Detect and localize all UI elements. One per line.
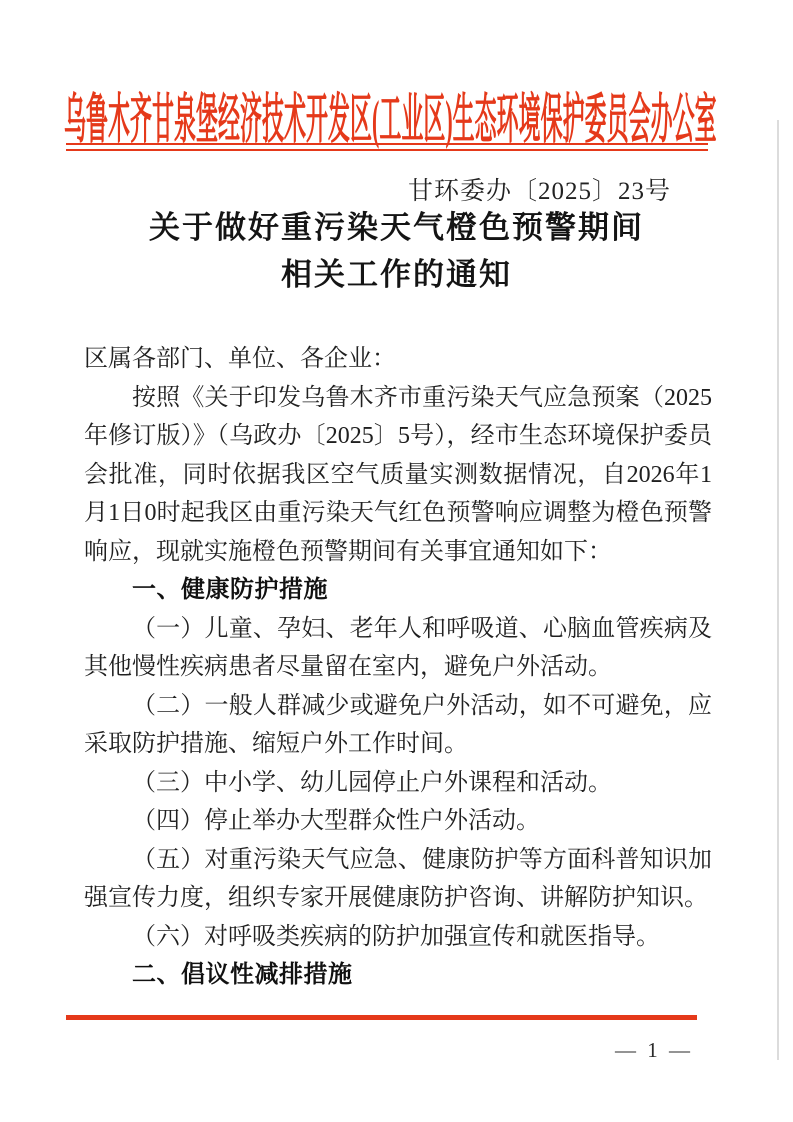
document-body: 区属各部门、单位、各企业： 按照《关于印发乌鲁木齐市重污染天气应急预案（2025… xyxy=(84,340,712,995)
footer-double-rule xyxy=(66,1015,697,1020)
document-title-line1: 关于做好重污染天气橙色预警期间 xyxy=(0,204,793,251)
section1-item-4: （四）停止举办大型群众性户外活动。 xyxy=(84,802,712,841)
section1-item-1: （一）儿童、孕妇、老年人和呼吸道、心脑血管疾病及其他慢性疾病患者尽量留在室内，避… xyxy=(84,610,712,687)
section1-item-3: （三）中小学、幼儿园停止户外课程和活动。 xyxy=(84,764,712,803)
document-title: 关于做好重污染天气橙色预警期间 相关工作的通知 xyxy=(0,204,793,298)
salutation: 区属各部门、单位、各企业： xyxy=(84,340,712,379)
section1-item-5: （五）对重污染天气应急、健康防护等方面科普知识加强宣传力度，组织专家开展健康防护… xyxy=(84,841,712,918)
section-heading-1: 一、健康防护措施 xyxy=(84,571,712,610)
section1-item-6: （六）对呼吸类疾病的防护加强宣传和就医指导。 xyxy=(84,918,712,957)
header-double-rule xyxy=(66,143,708,151)
section-heading-2: 二、倡议性减排措施 xyxy=(84,956,712,995)
document-page: 乌鲁木齐甘泉堡经济技术开发区(工业区)生态环境保护委员会办公室 甘环委办〔202… xyxy=(0,0,793,1122)
letterhead-container: 乌鲁木齐甘泉堡经济技术开发区(工业区)生态环境保护委员会办公室 xyxy=(64,76,729,134)
page-number: — 1 — xyxy=(615,1038,693,1063)
intro-paragraph: 按照《关于印发乌鲁木齐市重污染天气应急预案（2025年修订版）》（乌政办〔202… xyxy=(84,379,712,572)
section1-item-2: （二）一般人群减少或避免户外活动，如不可避免，应采取防护措施、缩短户外工作时间。 xyxy=(84,687,712,764)
document-number: 甘环委办〔2025〕23号 xyxy=(408,171,671,207)
document-title-line2: 相关工作的通知 xyxy=(0,251,793,298)
